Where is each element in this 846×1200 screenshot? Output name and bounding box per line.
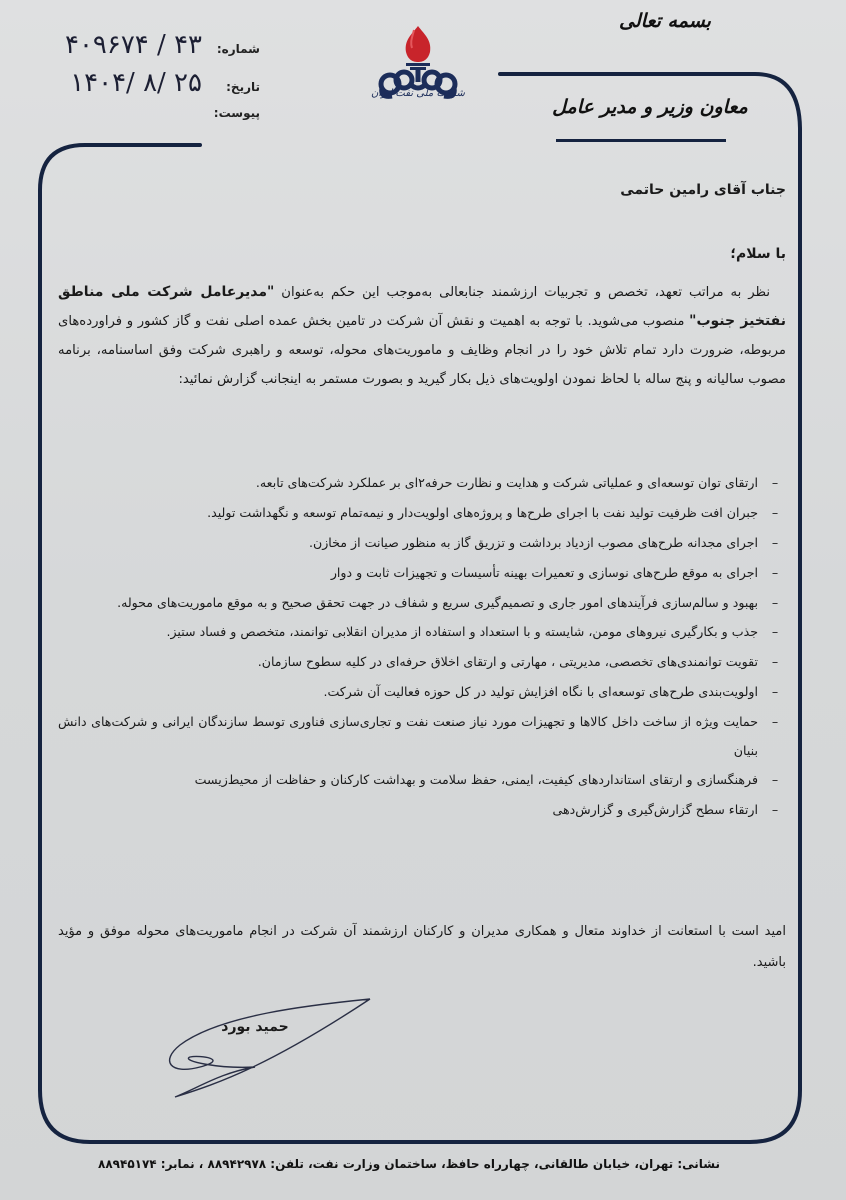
list-item: –اولویت‌بندی طرح‌های توسعه‌ای با نگاه اف…: [58, 677, 786, 707]
attachment-label: پیوست:: [212, 106, 260, 120]
list-item: –جذب و بکارگیری نیروهای مومن، شایسته و ب…: [58, 617, 786, 647]
list-item: –اجرای به موقع طرح‌های نوسازی و تعمیرات …: [58, 558, 786, 588]
date-label: تاریخ:: [212, 80, 260, 94]
paragraph-intro: نظر به مراتب تعهد، تخصص و تجربیات ارزشمن…: [281, 285, 770, 300]
footer-address: نشانی: تهران، خیابان طالقانی، چهارراه حا…: [80, 1157, 720, 1171]
letter-number-row: شماره: ۴۰۹۶۷۴ / ۴۳: [30, 30, 260, 68]
dash-icon: –: [768, 498, 782, 528]
list-item: –تقویت توانمندی‌های تخصصی، مدیریتی ، مها…: [58, 647, 786, 677]
list-item: –اجرای مجدانه طرح‌های مصوب ازدیاد برداشت…: [58, 528, 786, 558]
logo-caption: شرکت ملی نفت ایران: [356, 88, 480, 99]
letter-attachment-row: پیوست:: [30, 106, 260, 128]
number-label: شماره:: [212, 42, 260, 56]
dash-icon: –: [768, 468, 782, 498]
list-item: –جبران افت ظرفیت تولید نفت با اجرای طرح‌…: [58, 498, 786, 528]
list-item: –فرهنگسازی و ارتقای استانداردهای کیفیت، …: [58, 765, 786, 795]
dash-icon: –: [768, 707, 782, 736]
dash-icon: –: [768, 677, 782, 707]
dash-icon: –: [768, 795, 782, 825]
closing-paragraph: امید است با استعانت از خداوند متعال و هم…: [58, 916, 786, 978]
priorities-list: –ارتقای توان توسعه‌ای و عملیاتی شرکت و ه…: [58, 468, 786, 825]
dash-icon: –: [768, 558, 782, 588]
letter-meta: شماره: ۴۰۹۶۷۴ / ۴۳ تاریخ: ۱۴۰۴/ ۸/ ۲۵ پی…: [30, 30, 260, 128]
appointment-paragraph: نظر به مراتب تعهد، تخصص و تجربیات ارزشمن…: [58, 278, 786, 394]
greeting: با سلام؛: [58, 246, 786, 262]
department-title: معاون وزیر و مدیر عامل: [540, 96, 760, 118]
dash-icon: –: [768, 617, 782, 647]
dash-icon: –: [768, 528, 782, 558]
paragraph-body: منصوب می‌شوید. با توجه به اهمیت و نقش آن…: [58, 314, 786, 387]
list-item: –حمایت ویژه از ساخت داخل کالاها و تجهیزا…: [58, 707, 786, 765]
date-value: ۱۴۰۴/ ۸/ ۲۵: [70, 68, 202, 98]
list-item: –ارتقای توان توسعه‌ای و عملیاتی شرکت و ه…: [58, 468, 786, 498]
letter-date-row: تاریخ: ۱۴۰۴/ ۸/ ۲۵: [30, 68, 260, 106]
signature-icon: [160, 995, 380, 1100]
nioc-logo-icon: [368, 22, 468, 122]
list-item: –بهبود و سالم‌سازی فرآیندهای امور جاری و…: [58, 588, 786, 617]
dash-icon: –: [768, 647, 782, 677]
list-item: –ارتقاء سطح گزارش‌گیری و گزارش‌دهی: [58, 795, 786, 825]
number-value: ۴۰۹۶۷۴ / ۴۳: [65, 30, 202, 60]
dash-icon: –: [768, 588, 782, 617]
bismillah-heading: بسمه تعالی: [600, 10, 730, 32]
signer-name: حمید بورد: [195, 1019, 315, 1035]
addressee: جناب آقای رامین حاتمی: [58, 182, 786, 198]
department-underline: [556, 139, 726, 142]
dash-icon: –: [768, 765, 782, 795]
